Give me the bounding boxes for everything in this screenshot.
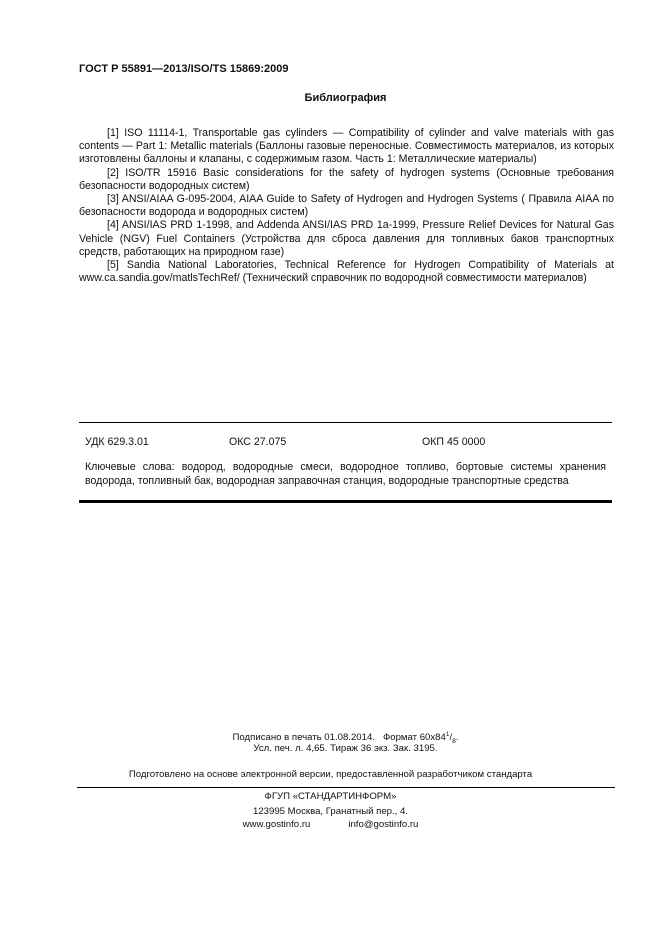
divider-bottom [79, 500, 612, 503]
publisher-address: 123995 Москва, Гранатный пер., 4. [0, 806, 661, 817]
bibliography-entry: [2] ISO/TR 15916 Basic considerations fo… [79, 167, 614, 193]
bibliography-entry: [4] ANSI/IAS PRD 1-1998, and Addenda ANS… [79, 219, 614, 259]
prepared-note: Подготовлено на основе электронной верси… [0, 769, 661, 780]
bibliography-entry: [3] ANSI/AIAA G-095-2004, AIAA Guide to … [79, 193, 614, 219]
publisher-name: ФГУП «СТАНДАРТИНФОРМ» [0, 791, 661, 802]
footer-divider [77, 787, 615, 788]
publisher-contacts: www.gostinfo.ruinfo@gostinfo.ru [0, 819, 661, 830]
signed-suffix: . [456, 732, 459, 743]
bibliography-list: [1] ISO 11114-1, Transportable gas cylin… [79, 127, 614, 285]
bibliography-entry: [5] Sandia National Laboratories, Techni… [79, 259, 614, 285]
bibliography-title: Библиография [0, 92, 661, 104]
divider-top [79, 422, 612, 423]
keywords: Ключевые слова: водород, водородные смес… [85, 461, 606, 488]
document-code: ГОСТ Р 55891—2013/ISO/TS 15869:2009 [79, 63, 288, 75]
okp-code: ОКП 45 0000 [422, 436, 485, 448]
print-details: Усл. печ. л. 4,65. Тираж 36 экз. Зак. 31… [0, 743, 661, 754]
bibliography-entry: [1] ISO 11114-1, Transportable gas cylin… [79, 127, 614, 167]
website-link[interactable]: www.gostinfo.ru [243, 819, 311, 830]
email-link[interactable]: info@gostinfo.ru [348, 819, 418, 830]
format-numerator: 1 [446, 731, 450, 738]
signed-text: Подписано в печать 01.08.2014. Формат 60… [233, 732, 446, 743]
oks-code: ОКС 27.075 [229, 436, 286, 448]
udk-code: УДК 629.3.01 [85, 436, 149, 448]
